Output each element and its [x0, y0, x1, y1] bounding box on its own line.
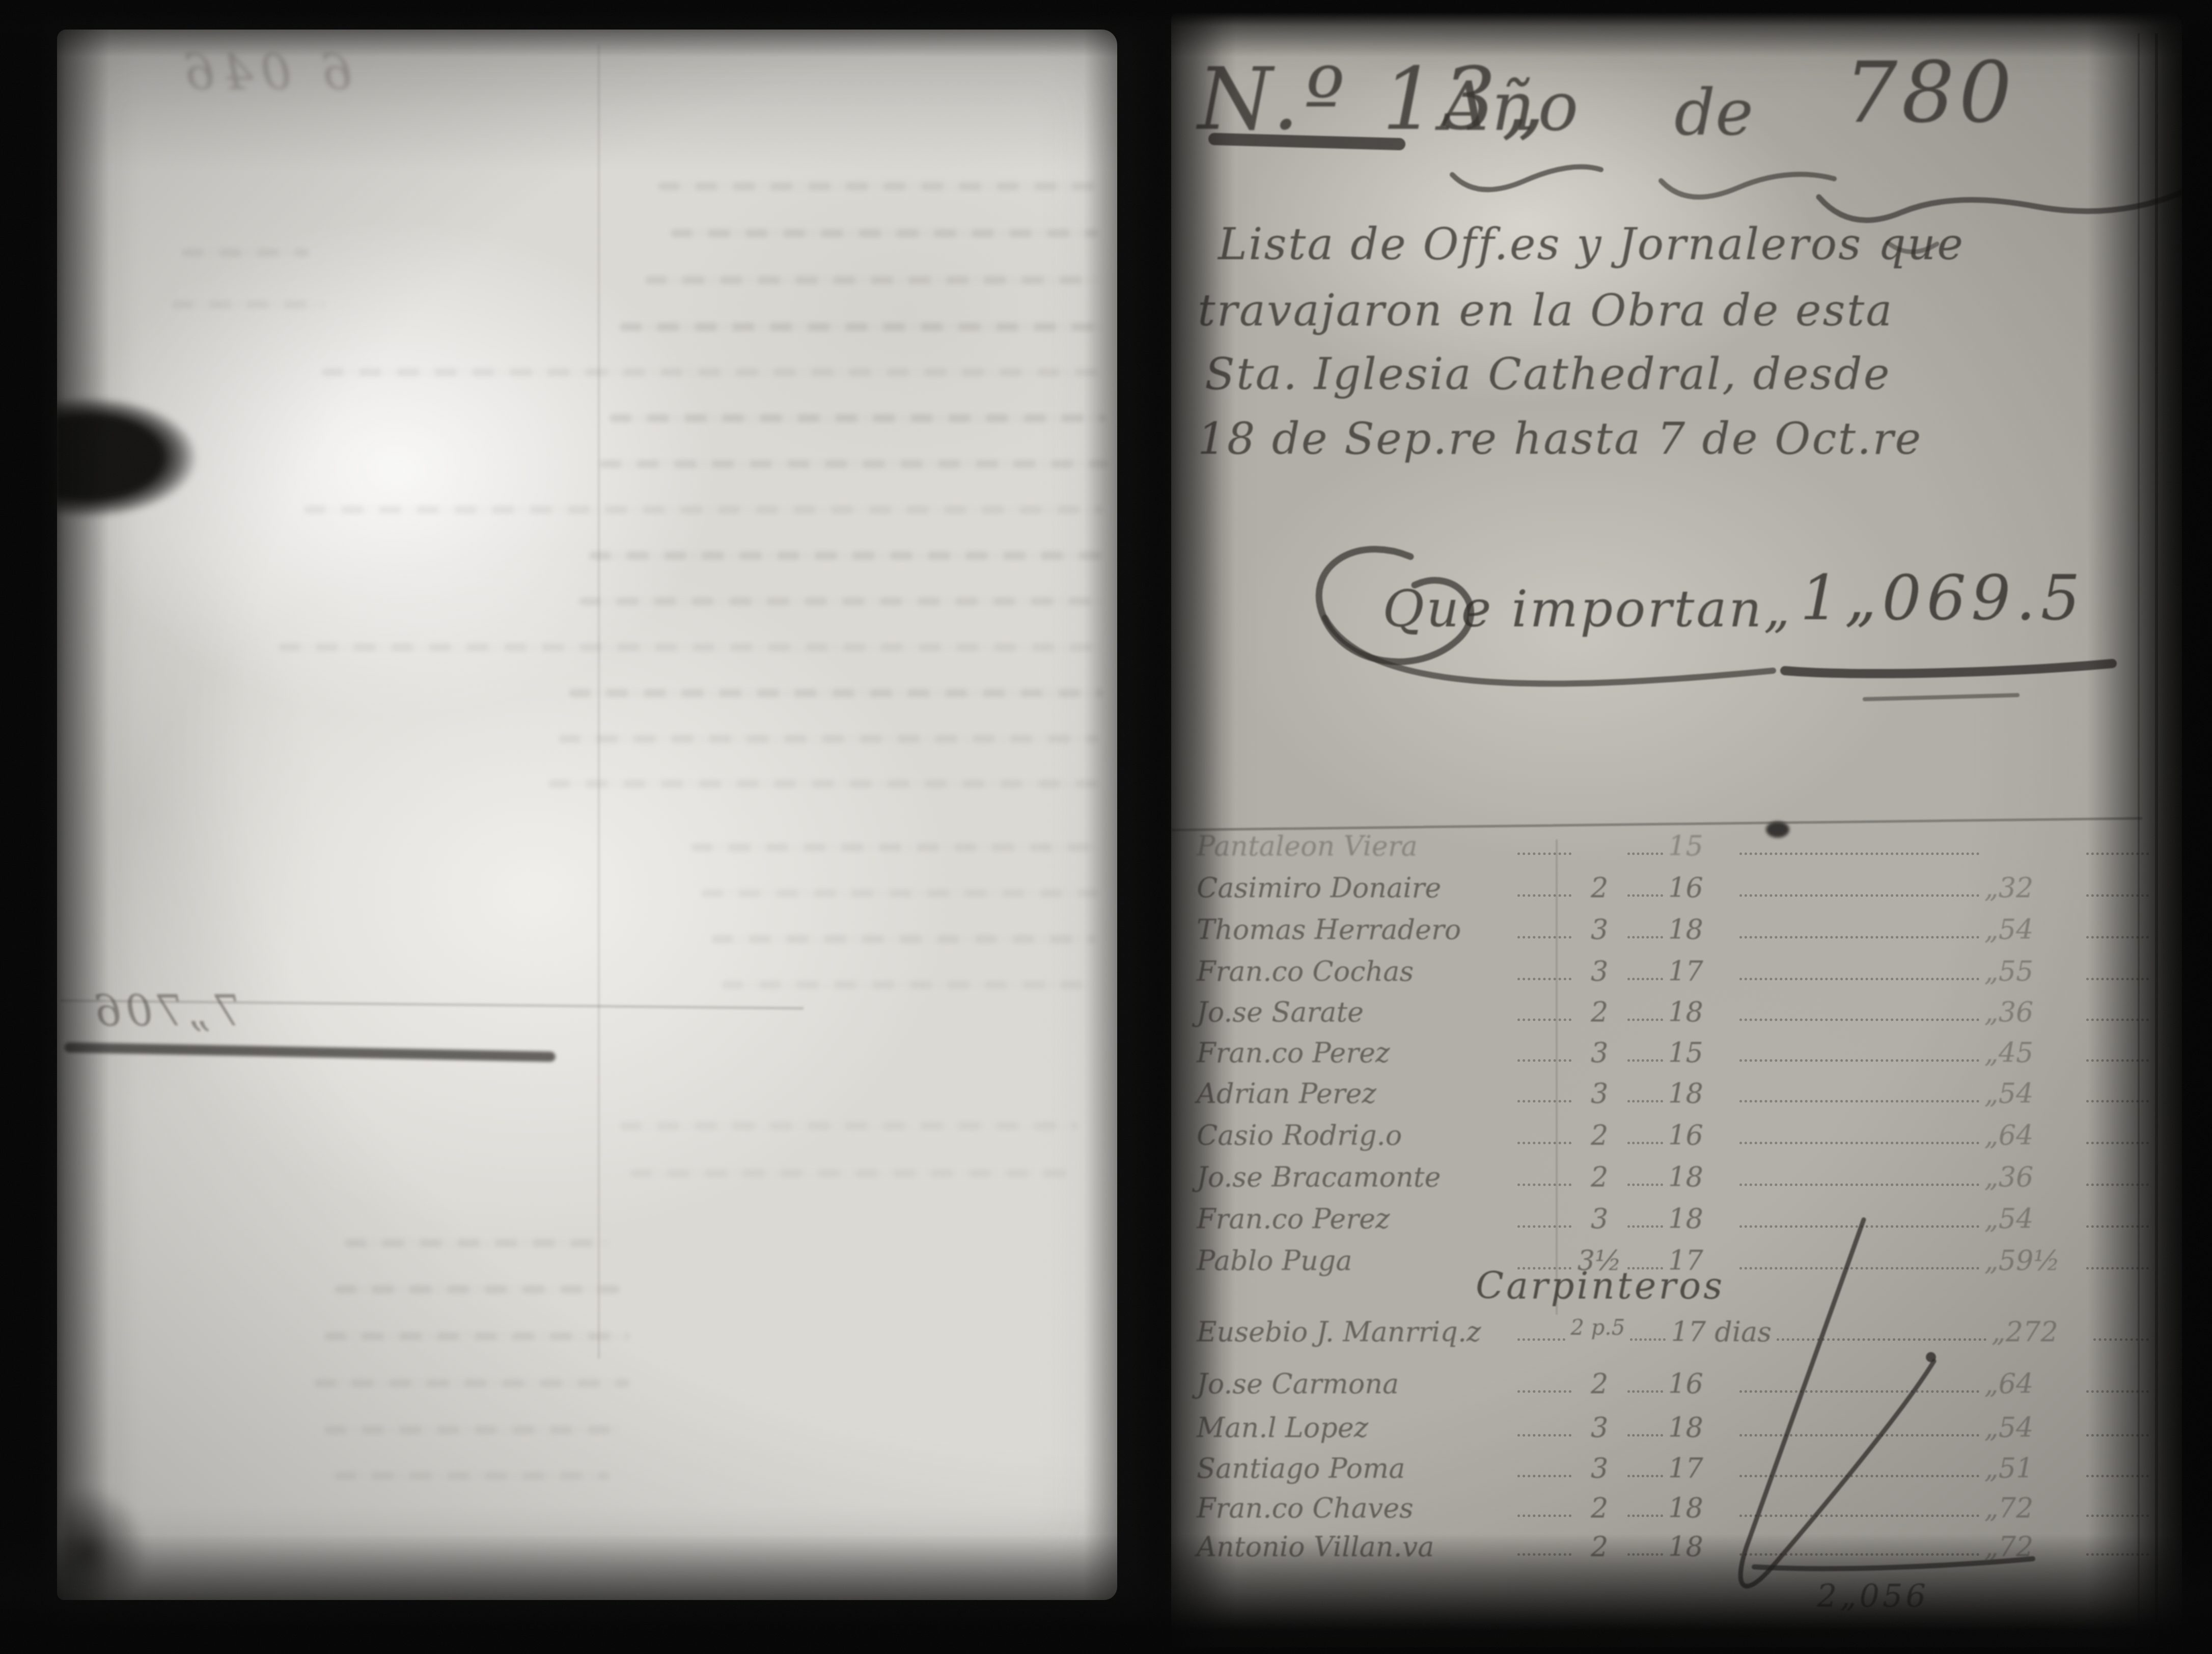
microfilm-scan: 6 046 7„706 N.º 13„ Año de 780 Lista de …: [0, 0, 2212, 1654]
film-grain: [0, 0, 2212, 1654]
